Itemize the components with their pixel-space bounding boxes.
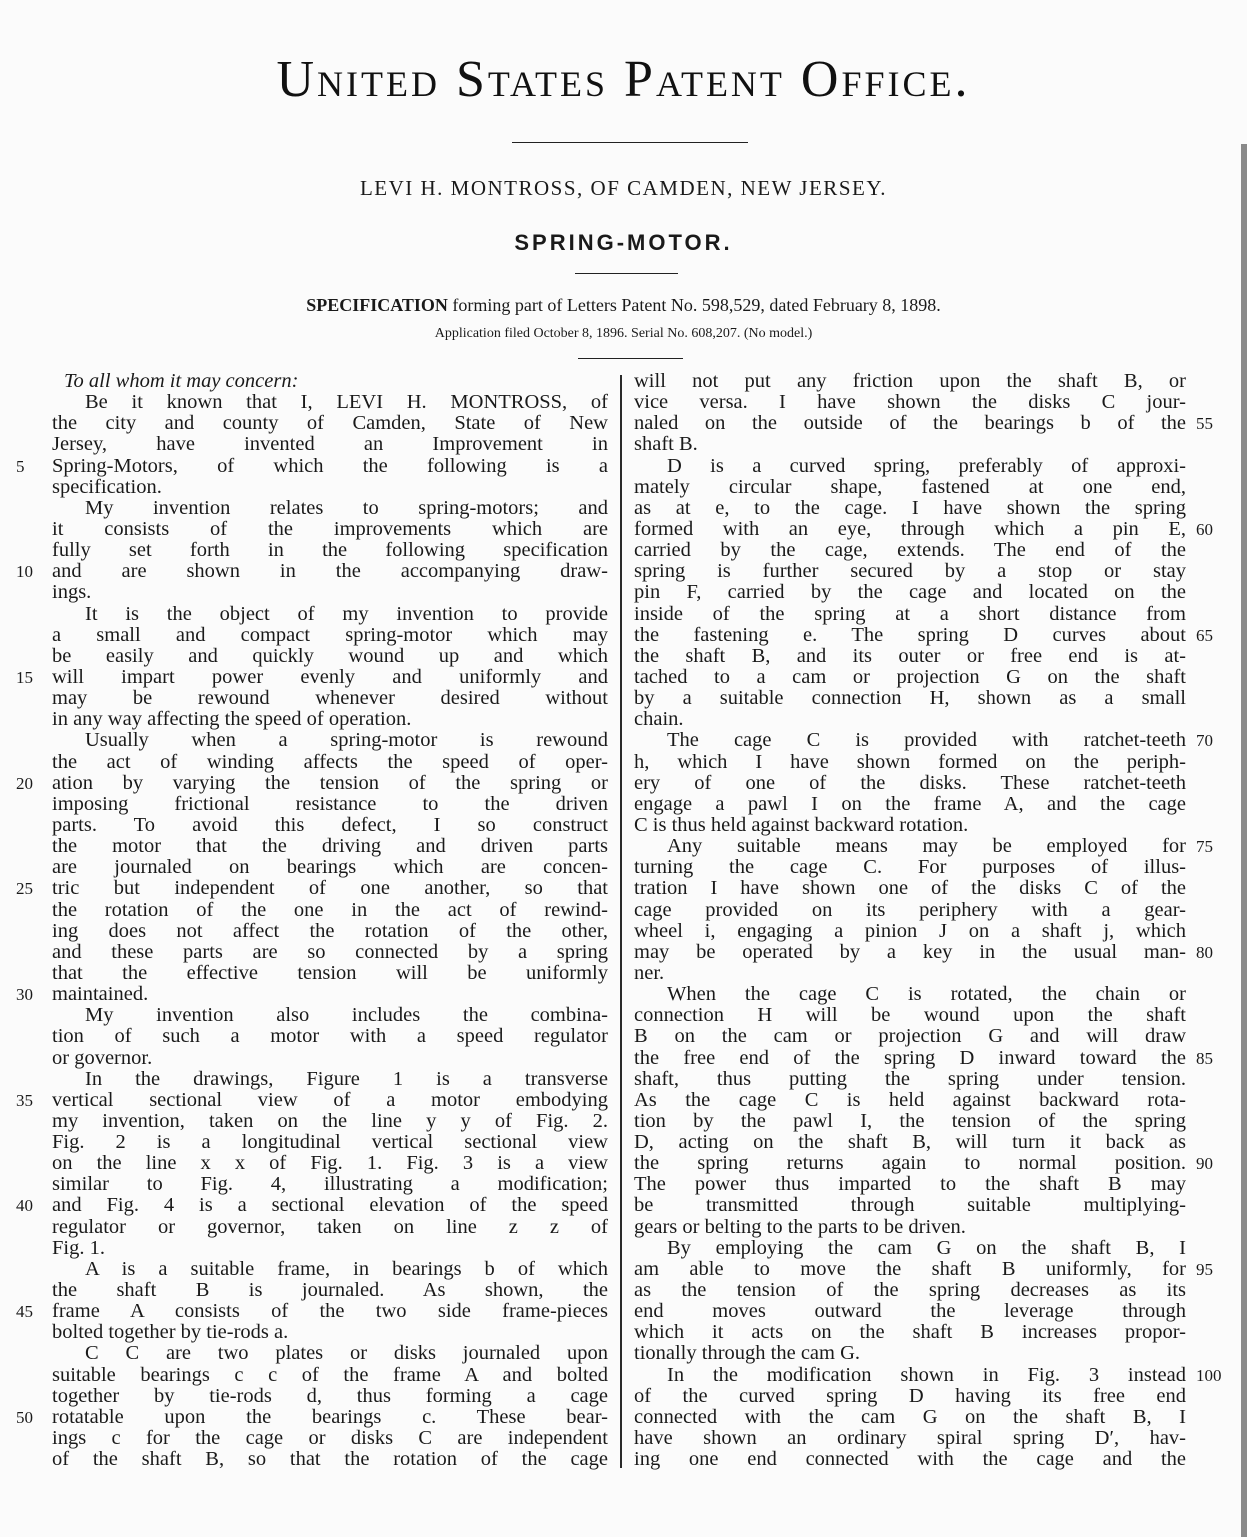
- line-text: In the drawings, Figure 1 is a transvers…: [85, 1068, 608, 1090]
- text-line: am able to move the shaft B uniformly, f…: [634, 1259, 1186, 1280]
- line-text: Jersey, have invented an Improvement in: [52, 433, 608, 455]
- text-line: ings c for the cage or disks C are indep…: [52, 1428, 608, 1449]
- line-text: of the curved spring D having its free e…: [634, 1385, 1186, 1407]
- text-line: chain.: [634, 709, 1186, 730]
- text-line: Jersey, have invented an Improvement in: [52, 434, 608, 455]
- text-line: Fig. 1.: [52, 1238, 608, 1259]
- specification-label: SPECIFICATION: [306, 295, 448, 315]
- line-text: as at e, to the cage. I have shown the s…: [634, 497, 1186, 519]
- page-edge-scrollbar[interactable]: [1241, 144, 1247, 1537]
- text-line: that the effective tension will be unifo…: [52, 963, 608, 984]
- line-text: be transmitted through suitable multiply…: [634, 1194, 1186, 1216]
- text-line: ery of one of the disks. These ratchet-t…: [634, 773, 1186, 794]
- line-text: on the line x x of Fig. 1. Fig. 3 is a v…: [52, 1152, 608, 1174]
- line-text: and Fig. 4 is a sectional elevation of t…: [52, 1194, 608, 1216]
- line-text: When the cage C is rotated, the chain or: [667, 983, 1186, 1005]
- text-line: In the modification shown in Fig. 3 inst…: [634, 1365, 1186, 1386]
- line-text: shaft, thus putting the spring under ten…: [634, 1068, 1186, 1090]
- text-line: tached to a cam or projection G on the s…: [634, 667, 1186, 688]
- left-column: To all whom it may concern:Be it known t…: [52, 371, 608, 1470]
- line-text: the act of winding affects the speed of …: [52, 751, 608, 773]
- text-line: mately circular shape, fastened at one e…: [634, 477, 1186, 498]
- text-line: tration I have shown one of the disks C …: [634, 878, 1186, 899]
- line-text: maintained.: [52, 983, 148, 1005]
- line-text: carried by the cage, extends. The end of…: [634, 539, 1186, 561]
- line-text: In the modification shown in Fig. 3 inst…: [667, 1364, 1186, 1386]
- line-text: To all whom it may concern:: [64, 370, 298, 392]
- line-number: 85: [1196, 1048, 1226, 1069]
- line-text: As the cage C is held against backward r…: [634, 1089, 1186, 1111]
- text-line: The cage C is provided with ratchet-teet…: [634, 730, 1186, 751]
- line-text: the shaft B, and its outer or free end i…: [634, 645, 1186, 667]
- line-number: 55: [1196, 413, 1226, 434]
- text-line: regulator or governor, taken on line z z…: [52, 1217, 608, 1238]
- line-number: 50: [16, 1407, 40, 1428]
- line-number: 35: [16, 1090, 40, 1111]
- text-line: have shown an ordinary spiral spring D′,…: [634, 1428, 1186, 1449]
- line-text: C C are two plates or disks journaled up…: [85, 1342, 608, 1364]
- text-line: Usually when a spring-motor is rewound: [52, 730, 608, 751]
- line-text: may be operated by a key in the usual ma…: [634, 941, 1186, 963]
- text-line: C C are two plates or disks journaled up…: [52, 1343, 608, 1364]
- text-line: As the cage C is held against backward r…: [634, 1090, 1186, 1111]
- line-text: the city and county of Camden, State of …: [52, 412, 608, 434]
- text-line: may be operated by a key in the usual ma…: [634, 942, 1186, 963]
- text-line: A is a suitable frame, in bearings b of …: [52, 1259, 608, 1280]
- line-text: mately circular shape, fastened at one e…: [634, 476, 1186, 498]
- line-number: 10: [16, 561, 40, 582]
- text-line: maintained.30: [52, 984, 608, 1005]
- line-text: Fig. 2 is a longitudinal vertical sectio…: [52, 1131, 608, 1153]
- line-text: and are shown in the accompanying draw-: [52, 560, 608, 582]
- line-text: engage a pawl I on the frame A, and the …: [634, 793, 1186, 815]
- text-line: frame A consists of the two side frame-p…: [52, 1301, 608, 1322]
- line-text: A is a suitable frame, in bearings b of …: [85, 1258, 608, 1280]
- line-text: naled on the outside of the bearings b o…: [634, 412, 1186, 434]
- line-text: My invention relates to spring-motors; a…: [85, 497, 608, 519]
- header-divider: [578, 358, 683, 359]
- text-line: tion by the pawl I, the tension of the s…: [634, 1111, 1186, 1132]
- text-line: shaft, thus putting the spring under ten…: [634, 1069, 1186, 1090]
- line-text: frame A consists of the two side frame-p…: [52, 1300, 608, 1322]
- line-number: 60: [1196, 519, 1226, 540]
- office-title: United States Patent Office.: [0, 50, 1247, 109]
- line-text: be easily and quickly wound up and which: [52, 645, 608, 667]
- line-text: in any way affecting the speed of operat…: [52, 708, 411, 730]
- line-text: tionally through the cam G.: [634, 1342, 860, 1364]
- line-text: the fastening e. The spring D curves abo…: [634, 624, 1186, 646]
- text-line: or governor.: [52, 1048, 608, 1069]
- text-line: formed with an eye, through which a pin …: [634, 519, 1186, 540]
- line-text: of the shaft B, so that the rotation of …: [52, 1448, 608, 1470]
- line-text: my invention, taken on the line y y of F…: [52, 1110, 608, 1132]
- line-text: Fig. 1.: [52, 1237, 105, 1259]
- text-line: wheel i, engaging a pinion J on a shaft …: [634, 921, 1186, 942]
- line-number: 15: [16, 667, 40, 688]
- text-line: which it acts on the shaft B increases p…: [634, 1322, 1186, 1343]
- text-line: together by tie-rods d, thus forming a c…: [52, 1386, 608, 1407]
- column-divider: [620, 375, 622, 1468]
- line-text: that the effective tension will be unifo…: [52, 962, 608, 984]
- text-line: the free end of the spring D inward towa…: [634, 1048, 1186, 1069]
- text-line: be transmitted through suitable multiply…: [634, 1195, 1186, 1216]
- line-text: C is thus held against backward rotation…: [634, 814, 968, 836]
- line-text: shaft B.: [634, 433, 698, 455]
- line-text: vice versa. I have shown the disks C jou…: [634, 391, 1186, 413]
- text-line: bolted together by tie-rods a.: [52, 1322, 608, 1343]
- line-text: suitable bearings c c of the frame A and…: [52, 1364, 608, 1386]
- line-text: the rotation of the one in the act of re…: [52, 899, 608, 921]
- text-line: naled on the outside of the bearings b o…: [634, 413, 1186, 434]
- application-line: Application filed October 8, 1896. Seria…: [0, 326, 1247, 342]
- text-line: by a suitable connection H, shown as a s…: [634, 688, 1186, 709]
- text-line: a small and compact spring-motor which m…: [52, 625, 608, 646]
- line-number: 25: [16, 878, 40, 899]
- line-text: Usually when a spring-motor is rewound: [85, 729, 608, 751]
- invention-title: SPRING-MOTOR.: [0, 230, 1247, 256]
- specification-details: forming part of Letters Patent No. 598,5…: [448, 295, 941, 315]
- text-line: of the curved spring D having its free e…: [634, 1386, 1186, 1407]
- text-line: as the tension of the spring decreases a…: [634, 1280, 1186, 1301]
- text-line: on the line x x of Fig. 1. Fig. 3 is a v…: [52, 1153, 608, 1174]
- text-line: vice versa. I have shown the disks C jou…: [634, 392, 1186, 413]
- line-number: 65: [1196, 625, 1226, 646]
- text-line: the spring returns again to normal posit…: [634, 1153, 1186, 1174]
- text-line: connection H will be wound upon the shaf…: [634, 1005, 1186, 1026]
- line-number: 95: [1196, 1259, 1226, 1280]
- line-text: and these parts are so connected by a sp…: [52, 941, 608, 963]
- line-number: 40: [16, 1195, 40, 1216]
- text-line: Any suitable means may be employed for75: [634, 836, 1186, 857]
- text-line: suitable bearings c c of the frame A and…: [52, 1365, 608, 1386]
- text-line: ation by varying the tension of the spri…: [52, 773, 608, 794]
- line-text: specification.: [52, 476, 162, 498]
- line-text: have shown an ordinary spiral spring D′,…: [634, 1427, 1186, 1449]
- line-text: imposing frictional resistance to the dr…: [52, 793, 608, 815]
- text-line: D is a curved spring, preferably of appr…: [634, 456, 1186, 477]
- text-line: end moves outward the leverage through: [634, 1301, 1186, 1322]
- line-text: The power thus imparted to the shaft B m…: [634, 1173, 1186, 1195]
- line-text: am able to move the shaft B uniformly, f…: [634, 1258, 1186, 1280]
- line-text: or governor.: [52, 1047, 152, 1069]
- text-line: inside of the spring at a short distance…: [634, 604, 1186, 625]
- text-line: The power thus imparted to the shaft B m…: [634, 1174, 1186, 1195]
- text-line: B on the cam or projection G and will dr…: [634, 1026, 1186, 1047]
- line-text: Be it known that I, LEVI H. MONTROSS, of: [85, 391, 608, 413]
- text-line: pin F, carried by the cage and located o…: [634, 582, 1186, 603]
- line-text: the spring returns again to normal posit…: [634, 1152, 1186, 1174]
- patent-page: United States Patent Office. LEVI H. MON…: [0, 0, 1247, 1537]
- text-line: and these parts are so connected by a sp…: [52, 942, 608, 963]
- line-text: Any suitable means may be employed for: [667, 835, 1186, 857]
- text-line: ing does not affect the rotation of the …: [52, 921, 608, 942]
- text-line: When the cage C is rotated, the chain or: [634, 984, 1186, 1005]
- line-number: 100: [1196, 1365, 1226, 1386]
- text-line: tion of such a motor with a speed regula…: [52, 1026, 608, 1047]
- line-text: ery of one of the disks. These ratchet-t…: [634, 772, 1186, 794]
- line-text: gears or belting to the parts to be driv…: [634, 1216, 966, 1238]
- line-text: will not put any friction upon the shaft…: [634, 370, 1186, 392]
- text-line: as at e, to the cage. I have shown the s…: [634, 498, 1186, 519]
- text-line: spring is further secured by a stop or s…: [634, 561, 1186, 582]
- text-line: cage provided on its periphery with a ge…: [634, 900, 1186, 921]
- text-line: in any way affecting the speed of operat…: [52, 709, 608, 730]
- line-text: ation by varying the tension of the spri…: [52, 772, 608, 794]
- text-line: will impart power evenly and uniformly a…: [52, 667, 608, 688]
- line-text: D is a curved spring, preferably of appr…: [667, 455, 1186, 477]
- line-text: tric but independent of one another, so …: [52, 877, 608, 899]
- text-line: turning the cage C. For purposes of illu…: [634, 857, 1186, 878]
- text-line: shaft B.: [634, 434, 1186, 455]
- line-text: formed with an eye, through which a pin …: [634, 518, 1186, 540]
- text-line: vertical sectional view of a motor embod…: [52, 1090, 608, 1111]
- text-line: D, acting on the shaft B, will turn it b…: [634, 1132, 1186, 1153]
- text-line: connected with the cam G on the shaft B,…: [634, 1407, 1186, 1428]
- text-line: ings.: [52, 582, 608, 603]
- line-text: The cage C is provided with ratchet-teet…: [667, 729, 1186, 751]
- line-text: connected with the cam G on the shaft B,…: [634, 1406, 1186, 1428]
- line-number: 45: [16, 1301, 40, 1322]
- line-text: will impart power evenly and uniformly a…: [52, 666, 608, 688]
- text-line: and Fig. 4 is a sectional elevation of t…: [52, 1195, 608, 1216]
- line-text: vertical sectional view of a motor embod…: [52, 1089, 608, 1111]
- text-line: will not put any friction upon the shaft…: [634, 371, 1186, 392]
- text-line: and are shown in the accompanying draw-1…: [52, 561, 608, 582]
- text-line: it consists of the improvements which ar…: [52, 519, 608, 540]
- text-line: tionally through the cam G.: [634, 1343, 1186, 1364]
- line-text: the free end of the spring D inward towa…: [634, 1047, 1186, 1069]
- text-line: the shaft B, and its outer or free end i…: [634, 646, 1186, 667]
- text-line: In the drawings, Figure 1 is a transvers…: [52, 1069, 608, 1090]
- line-text: By employing the cam G on the shaft B, I: [667, 1237, 1186, 1259]
- line-text: ing does not affect the rotation of the …: [52, 920, 608, 942]
- line-text: tration I have shown one of the disks C …: [634, 877, 1186, 899]
- line-text: which it acts on the shaft B increases p…: [634, 1321, 1186, 1343]
- line-text: B on the cam or projection G and will dr…: [634, 1025, 1186, 1047]
- line-number: 5: [16, 456, 40, 477]
- text-line: the shaft B is journaled. As shown, the: [52, 1280, 608, 1301]
- line-text: ner.: [634, 962, 664, 984]
- text-line: My invention also includes the combina-: [52, 1005, 608, 1026]
- line-text: turning the cage C. For purposes of illu…: [634, 856, 1186, 878]
- text-line: the city and county of Camden, State of …: [52, 413, 608, 434]
- text-line: Fig. 2 is a longitudinal vertical sectio…: [52, 1132, 608, 1153]
- line-text: wheel i, engaging a pinion J on a shaft …: [634, 920, 1186, 942]
- line-text: by a suitable connection H, shown as a s…: [634, 687, 1186, 709]
- title-divider: [512, 142, 748, 143]
- text-line: By employing the cam G on the shaft B, I: [634, 1238, 1186, 1259]
- text-line: C is thus held against backward rotation…: [634, 815, 1186, 836]
- line-text: similar to Fig. 4, illustrating a modifi…: [52, 1173, 608, 1195]
- line-number: 20: [16, 773, 40, 794]
- line-text: h, which I have shown formed on the peri…: [634, 751, 1186, 773]
- line-text: cage provided on its periphery with a ge…: [634, 899, 1186, 921]
- text-line: the fastening e. The spring D curves abo…: [634, 625, 1186, 646]
- text-line: parts. To avoid this defect, I so constr…: [52, 815, 608, 836]
- line-text: parts. To avoid this defect, I so constr…: [52, 814, 608, 836]
- line-text: spring is further secured by a stop or s…: [634, 560, 1186, 582]
- text-line: Spring-Motors, of which the following is…: [52, 456, 608, 477]
- line-text: tion of such a motor with a speed regula…: [52, 1025, 608, 1047]
- line-text: connection H will be wound upon the shaf…: [634, 1004, 1186, 1026]
- text-line: the rotation of the one in the act of re…: [52, 900, 608, 921]
- text-line: the act of winding affects the speed of …: [52, 752, 608, 773]
- line-text: regulator or governor, taken on line z z…: [52, 1216, 608, 1238]
- text-line: h, which I have shown formed on the peri…: [634, 752, 1186, 773]
- line-text: inside of the spring at a short distance…: [634, 603, 1186, 625]
- line-text: pin F, carried by the cage and located o…: [634, 581, 1186, 603]
- line-text: It is the object of my invention to prov…: [85, 603, 608, 625]
- text-line: It is the object of my invention to prov…: [52, 604, 608, 625]
- line-text: together by tie-rods d, thus forming a c…: [52, 1385, 608, 1407]
- line-text: as the tension of the spring decreases a…: [634, 1279, 1186, 1301]
- line-text: the motor that the driving and driven pa…: [52, 835, 608, 857]
- text-line: gears or belting to the parts to be driv…: [634, 1217, 1186, 1238]
- text-line: be easily and quickly wound up and which: [52, 646, 608, 667]
- line-number: 30: [16, 984, 40, 1005]
- line-text: chain.: [634, 708, 684, 730]
- text-line: fully set forth in the following specifi…: [52, 540, 608, 561]
- text-line: ing one end connected with the cage and …: [634, 1449, 1186, 1470]
- line-text: fully set forth in the following specifi…: [52, 539, 608, 561]
- line-text: tion by the pawl I, the tension of the s…: [634, 1110, 1186, 1132]
- line-text: ing one end connected with the cage and …: [634, 1448, 1186, 1470]
- salutation-line: To all whom it may concern:: [52, 371, 608, 392]
- text-line: rotatable upon the bearings c. These bea…: [52, 1407, 608, 1428]
- text-line: my invention, taken on the line y y of F…: [52, 1111, 608, 1132]
- line-text: D, acting on the shaft B, will turn it b…: [634, 1131, 1186, 1153]
- line-text: My invention also includes the combina-: [85, 1004, 608, 1026]
- line-number: 70: [1196, 730, 1226, 751]
- line-text: it consists of the improvements which ar…: [52, 518, 608, 540]
- line-text: Spring-Motors, of which the following is…: [52, 455, 608, 477]
- invention-divider: [575, 273, 678, 274]
- text-line: Be it known that I, LEVI H. MONTROSS, of: [52, 392, 608, 413]
- text-line: engage a pawl I on the frame A, and the …: [634, 794, 1186, 815]
- text-line: similar to Fig. 4, illustrating a modifi…: [52, 1174, 608, 1195]
- line-text: ings c for the cage or disks C are indep…: [52, 1427, 608, 1449]
- text-line: may be rewound whenever desired without: [52, 688, 608, 709]
- line-text: tached to a cam or projection G on the s…: [634, 666, 1186, 688]
- line-text: a small and compact spring-motor which m…: [52, 624, 608, 646]
- line-text: rotatable upon the bearings c. These bea…: [52, 1406, 608, 1428]
- line-text: bolted together by tie-rods a.: [52, 1321, 288, 1343]
- line-text: ings.: [52, 581, 91, 603]
- line-text: end moves outward the leverage through: [634, 1300, 1186, 1322]
- text-line: imposing frictional resistance to the dr…: [52, 794, 608, 815]
- text-line: the motor that the driving and driven pa…: [52, 836, 608, 857]
- inventor-line: LEVI H. MONTROSS, OF CAMDEN, NEW JERSEY.: [0, 176, 1247, 201]
- specification-line: SPECIFICATION forming part of Letters Pa…: [0, 295, 1247, 316]
- line-number: 90: [1196, 1153, 1226, 1174]
- text-line: ner.: [634, 963, 1186, 984]
- line-text: the shaft B is journaled. As shown, the: [52, 1279, 608, 1301]
- line-number: 80: [1196, 942, 1226, 963]
- text-line: specification.: [52, 477, 608, 498]
- text-line: tric but independent of one another, so …: [52, 878, 608, 899]
- line-text: may be rewound whenever desired without: [52, 687, 608, 709]
- line-number: 75: [1196, 836, 1226, 857]
- right-column: will not put any friction upon the shaft…: [634, 371, 1186, 1470]
- text-line: carried by the cage, extends. The end of…: [634, 540, 1186, 561]
- text-line: are journaled on bearings which are conc…: [52, 857, 608, 878]
- text-line: My invention relates to spring-motors; a…: [52, 498, 608, 519]
- line-text: are journaled on bearings which are conc…: [52, 856, 608, 878]
- text-line: of the shaft B, so that the rotation of …: [52, 1449, 608, 1470]
